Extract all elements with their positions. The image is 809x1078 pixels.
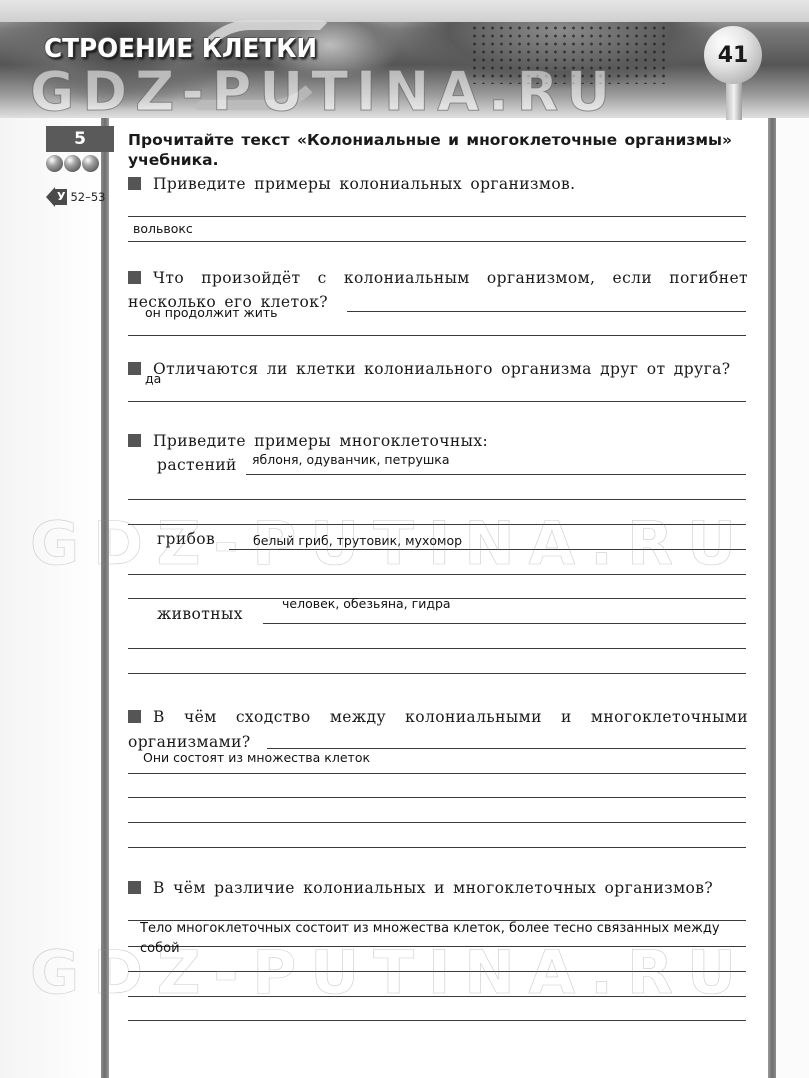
square-bullet-icon xyxy=(128,434,141,447)
fungi-answer[interactable]: белый гриб, трутовик, мухомор xyxy=(253,534,462,548)
answer-line xyxy=(128,401,746,402)
answer-line xyxy=(347,311,746,312)
question-text: Отличаются ли клетки колониального орган… xyxy=(153,360,730,378)
answer-line xyxy=(128,241,746,242)
plants-answer[interactable]: яблоня, одуванчик, петрушка xyxy=(252,453,450,467)
answer-line xyxy=(229,549,746,550)
answer-line xyxy=(128,773,746,774)
answer-line xyxy=(128,499,746,500)
fungi-label: грибов xyxy=(157,530,215,548)
square-bullet-icon xyxy=(128,362,141,375)
answer-line xyxy=(263,623,746,624)
question-6: В чём различие колониальных и многоклето… xyxy=(128,877,748,899)
task-instruction: Прочитайте текст «Колониальные и многокл… xyxy=(128,130,758,170)
square-bullet-icon xyxy=(128,271,141,284)
answer-text-line-1[interactable]: Тело многоклеточных состоит из множества… xyxy=(140,922,720,936)
question-3: Отличаются ли клетки колониального орган… xyxy=(128,358,748,380)
question-text: В чём различие колониальных и многоклето… xyxy=(153,879,713,897)
answer-line xyxy=(128,797,746,798)
question-text: Приведите примеры колониальных организмо… xyxy=(153,175,576,193)
answer-text[interactable]: он продолжит жить xyxy=(145,306,278,320)
answer-line xyxy=(128,996,746,997)
question-text: В чём сходство между колониальными и мно… xyxy=(128,708,748,751)
answer-line xyxy=(128,574,746,575)
square-bullet-icon xyxy=(128,710,141,723)
answer-line xyxy=(128,1020,746,1021)
answer-line xyxy=(128,524,746,525)
square-bullet-icon xyxy=(128,177,141,190)
animals-label: животных xyxy=(157,605,243,623)
answer-text[interactable]: вольвокс xyxy=(133,222,193,236)
answer-line xyxy=(128,847,746,848)
answer-text[interactable]: да xyxy=(145,372,161,386)
answer-line xyxy=(128,216,746,217)
question-text: Приведите примеры многоклеточных: xyxy=(153,432,488,450)
worksheet: Прочитайте текст «Колониальные и многокл… xyxy=(0,0,809,1078)
answer-text[interactable]: Они состоят из множества клеток xyxy=(143,751,370,765)
plants-label: растений xyxy=(157,456,237,474)
answer-line xyxy=(128,673,746,674)
answer-line xyxy=(267,748,746,749)
question-4: Приведите примеры многоклеточных: xyxy=(128,430,748,452)
answer-line xyxy=(128,648,746,649)
answer-text-line-2[interactable]: собой xyxy=(140,942,180,956)
animals-answer[interactable]: человек, обезьяна, гидра xyxy=(282,597,451,611)
answer-line xyxy=(128,335,746,336)
answer-line xyxy=(128,946,746,947)
answer-line xyxy=(128,822,746,823)
answer-line xyxy=(246,474,746,475)
answer-line xyxy=(128,971,746,972)
square-bullet-icon xyxy=(128,881,141,894)
question-1: Приведите примеры колониальных организмо… xyxy=(128,173,748,195)
